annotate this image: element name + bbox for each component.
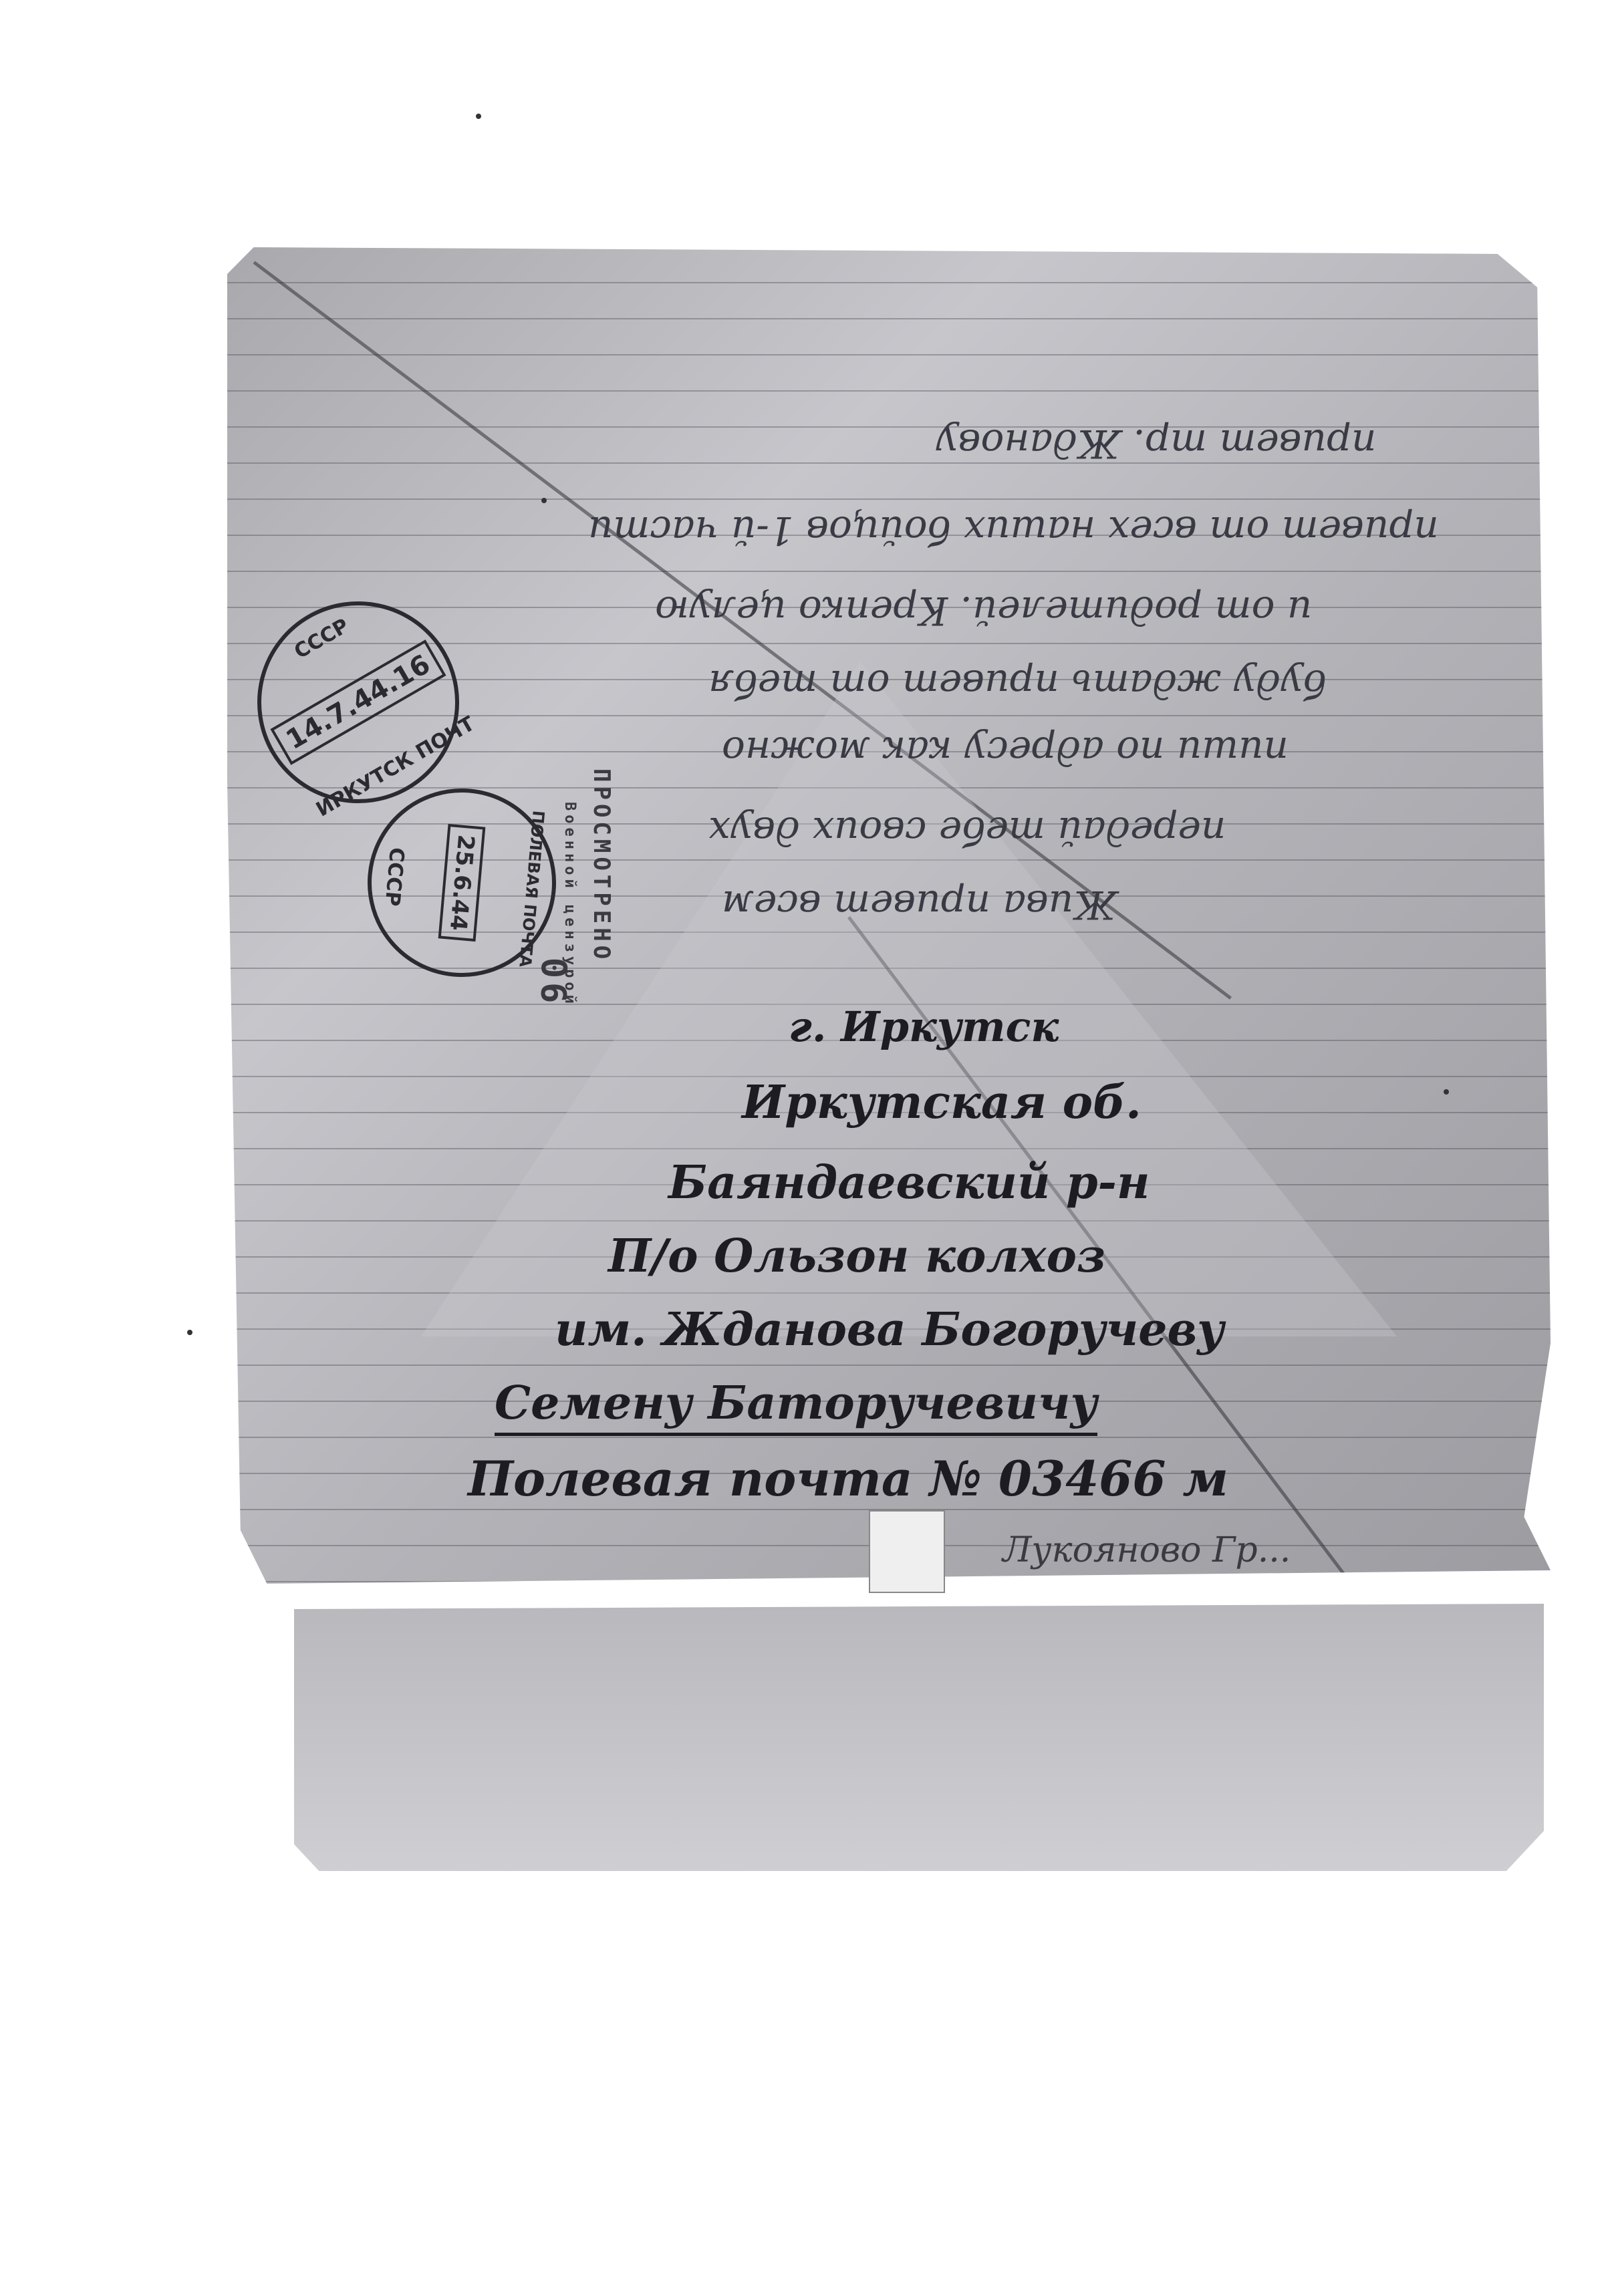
postmark-date: 25.6.44 xyxy=(438,824,486,942)
letter-text-line: пиши по адресу как можно xyxy=(722,728,1289,774)
letter-text-line: буду ждать привет от тебя xyxy=(708,662,1327,707)
scan-speck xyxy=(541,498,547,503)
scan-speck xyxy=(1444,1089,1449,1095)
address-recipient-name: Семену Баторучевичу xyxy=(495,1377,1097,1436)
address-kolkhoz-recipient: им. Жданова Богоручеву xyxy=(555,1303,1224,1356)
address-city: г. Иркутск xyxy=(789,1002,1059,1051)
letter-text-line: передай тебе своих двух xyxy=(708,809,1226,854)
address-region: Иркутская об. xyxy=(742,1076,1142,1129)
address-field-post: Полевая почта № 03466 м xyxy=(468,1450,1228,1507)
address-district: Баяндаевский р-н xyxy=(668,1156,1150,1209)
postmark-country: СССР xyxy=(380,847,409,907)
tape-patch xyxy=(869,1510,945,1593)
bottom-flap xyxy=(294,1604,1544,1871)
address-village: П/о Ользон колхоз xyxy=(608,1230,1105,1283)
censor-stamp: ПРОСМОТРЕНО xyxy=(588,768,615,963)
scan-speck xyxy=(187,1330,192,1335)
letter-text-line: Жива привет всем xyxy=(722,882,1117,927)
sender-note: Лукояново Гр... xyxy=(1002,1530,1291,1570)
scan-speck xyxy=(476,114,481,119)
letter-text-line: и от родителей. Крепко целую xyxy=(655,588,1312,633)
censor-number: 06 xyxy=(533,958,573,1008)
letter-text-line: привет тр. Жданову xyxy=(936,421,1376,466)
letter-text-line: привет от всех наших бойцов 1-й части xyxy=(588,508,1439,553)
postmark-country: СССР xyxy=(290,614,353,664)
